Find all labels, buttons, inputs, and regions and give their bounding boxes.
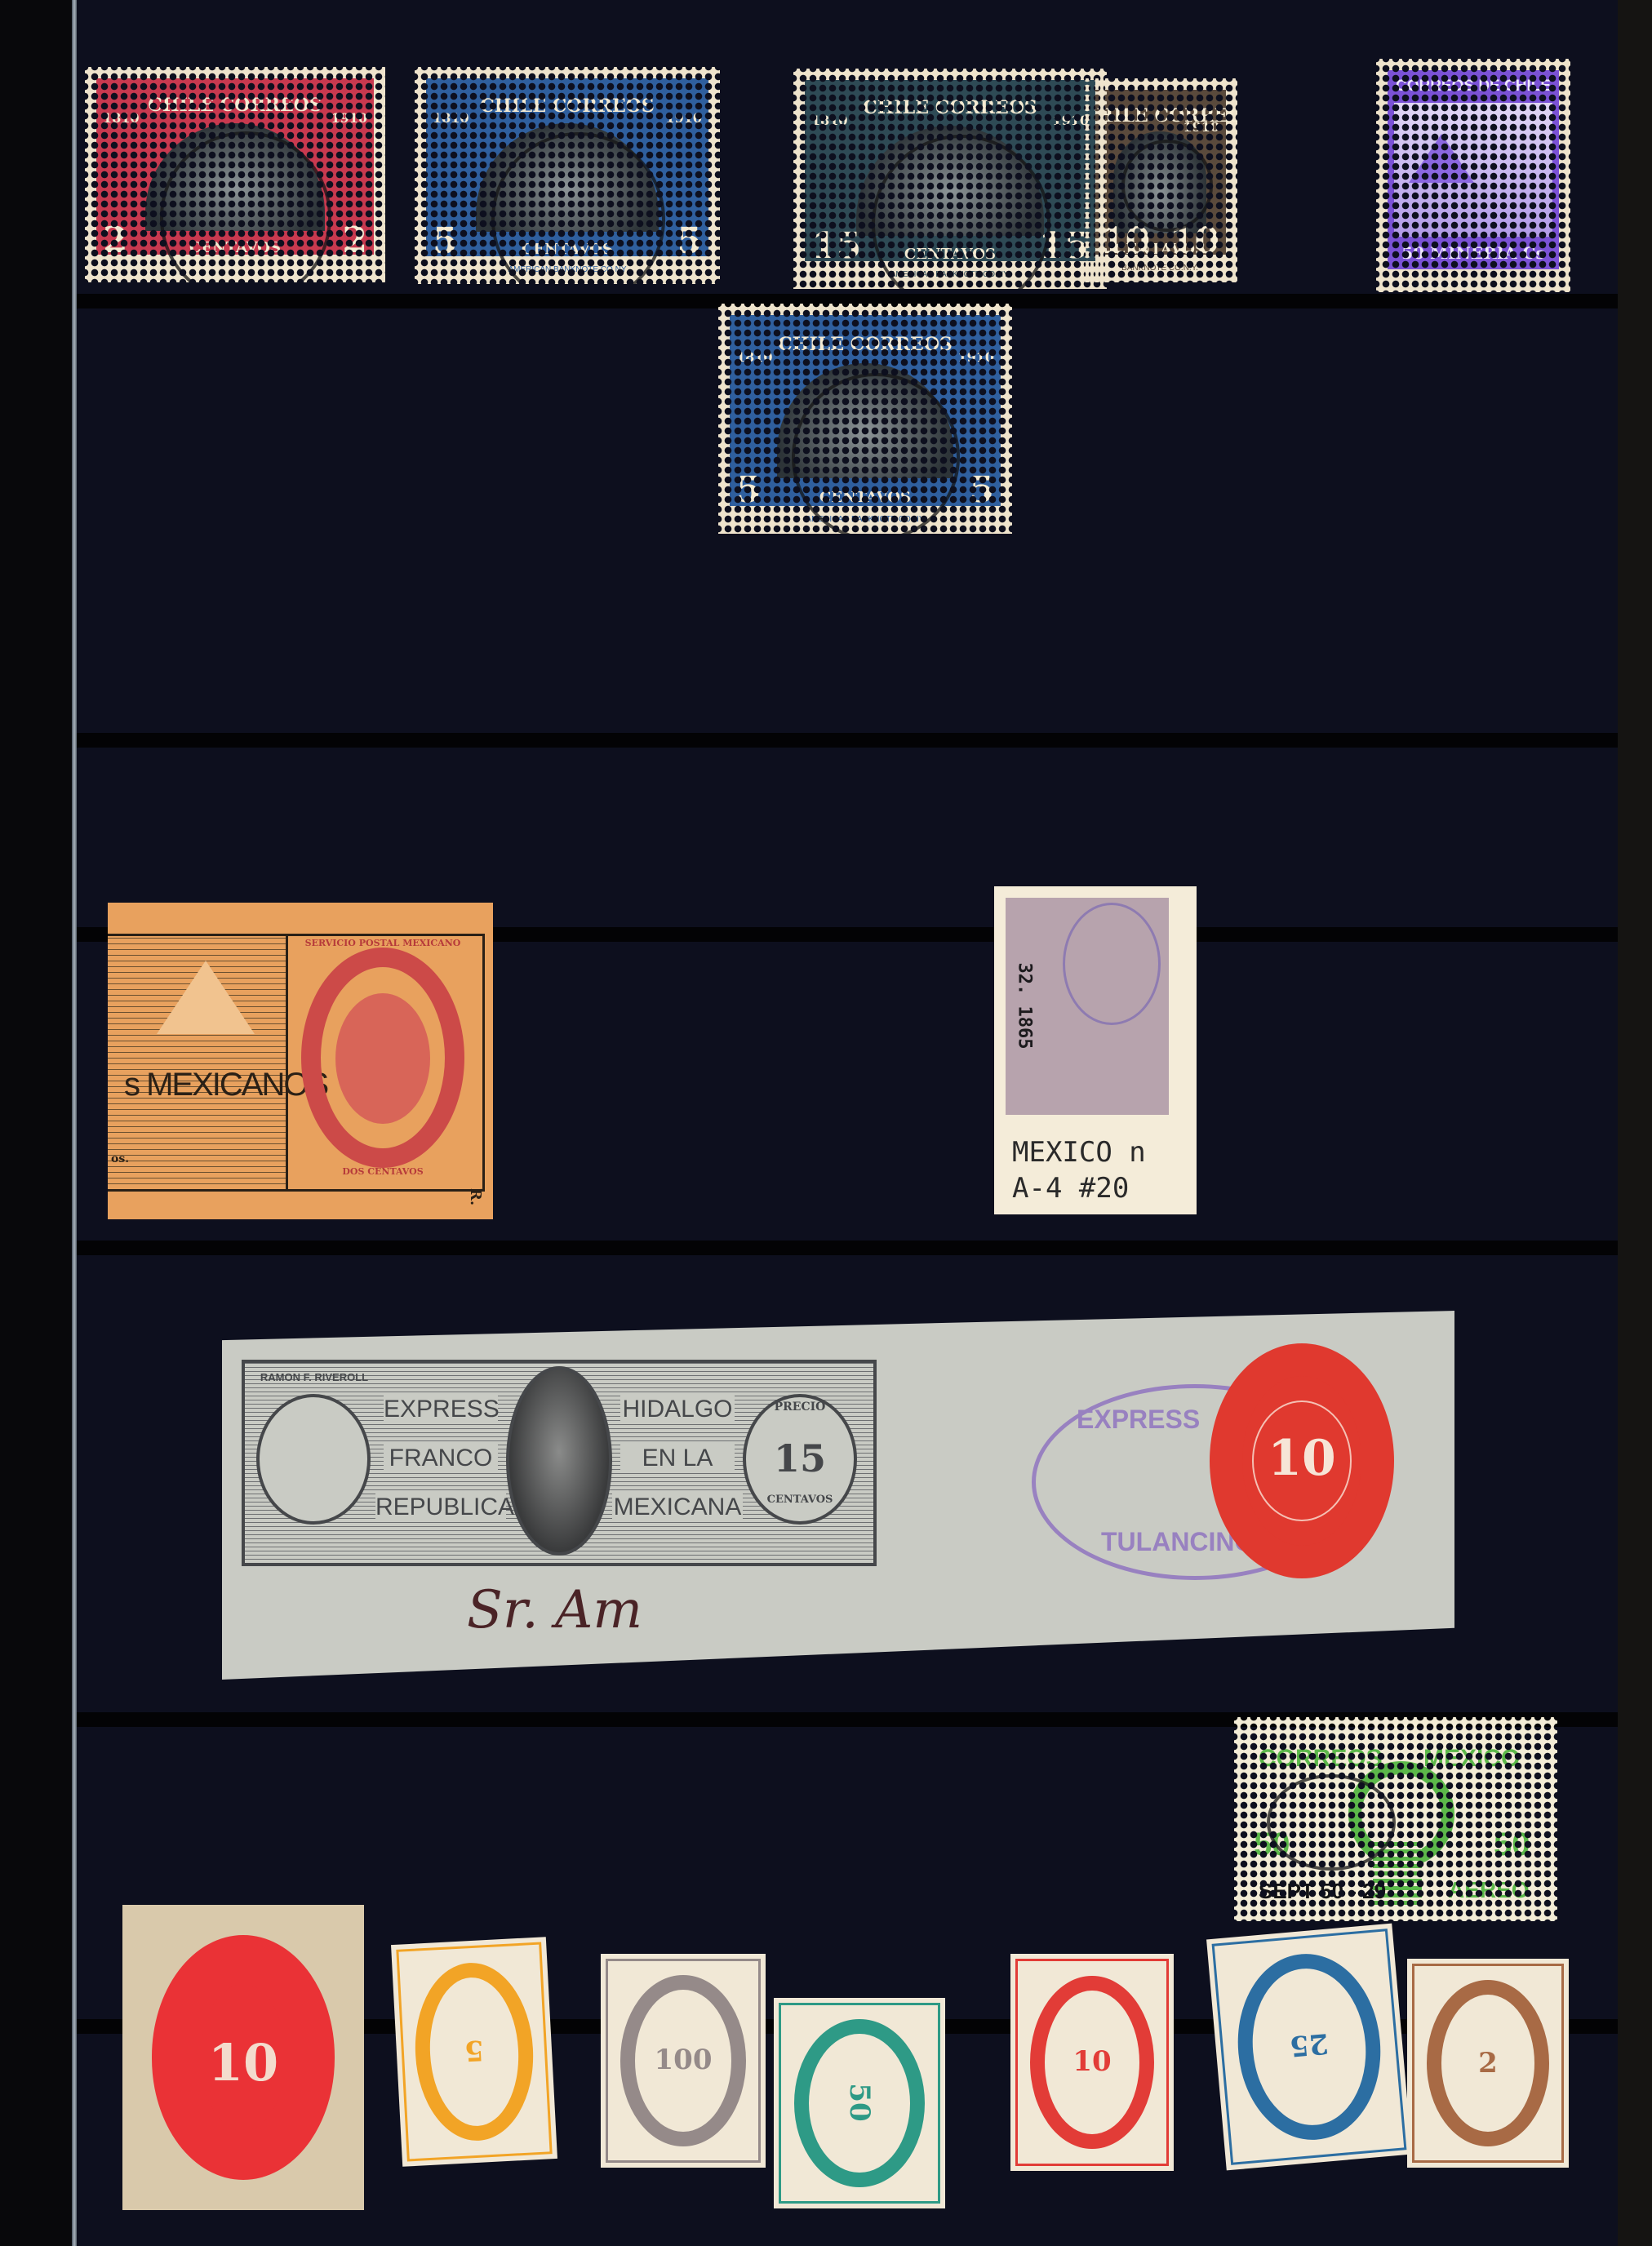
album-label-line2: A-4 #20 <box>1012 1172 1129 1205</box>
indicia-10-centavos: 10 <box>1210 1343 1394 1578</box>
hidalgo-portrait <box>506 1366 612 1556</box>
year-left: 1810 <box>433 110 469 126</box>
word-mexicana: MEXICANA <box>612 1494 743 1521</box>
airmail-right-word: MEXICO <box>1423 1745 1520 1773</box>
porte-de-mar-10[interactable]: 10 <box>122 1905 364 2210</box>
cover-cut-2-centavos[interactable]: s MEXICANOS os. SERVICIO POSTAL MEXICANO… <box>108 903 493 1219</box>
mexico-airmail-50-cents[interactable]: CORREOS MEXICO 50 50 AEREO SEPT 50 - 29 <box>1234 1717 1557 1921</box>
year-right: 1910 <box>1052 113 1089 128</box>
side-text: R. <box>467 1188 484 1205</box>
postmark-ring <box>160 131 331 303</box>
year-right: 1910 <box>665 110 702 126</box>
express-label: PRECIO 15 CENTAVOS RAMON F. RIVEROLL EXP… <box>242 1360 877 1566</box>
signature: Sr. Am <box>467 1580 642 1640</box>
express-cover-piece[interactable]: PRECIO 15 CENTAVOS RAMON F. RIVEROLL EXP… <box>222 1311 1454 1680</box>
postmark-ring <box>872 135 1050 313</box>
denomination: 2 <box>1407 2047 1569 2080</box>
chile-stamp-15-CENTAVOS[interactable]: CHILE CORREOS 1810 1910 15 15 CENTAVOS A… <box>793 69 1107 289</box>
caption: 50 MINERIA Cs <box>1388 237 1559 269</box>
word-republica: REPUBLICA <box>375 1494 506 1521</box>
chile-stamp-5-CENTAVOS[interactable]: CHILE CORREOS 1810 1910 5 5 CENTAVOS AME… <box>415 67 720 284</box>
porte-de-mar-2[interactable]: 2 <box>1407 1959 1569 2168</box>
indicia-value: 10 <box>1242 1430 1361 1487</box>
strip-gap <box>77 733 1618 748</box>
mounted-stamp-mexico-a4-20[interactable]: 32. 1865 MEXICO n A-4 #20 <box>994 886 1197 1214</box>
ad-footer: os. <box>111 1152 129 1165</box>
denomination: 10 <box>122 2033 364 2093</box>
denomination: 50 <box>843 2017 876 2188</box>
year-right: 1910 <box>1183 119 1219 135</box>
chile-stamp-5-centavos-row2[interactable]: CHILE CORREOS 1810 1910 5 5 CENTAVOS AME… <box>718 304 1012 534</box>
overprint-1865: 32. 1865 <box>1014 963 1034 1050</box>
indicia-legend: SERVICIO POSTAL MEXICANO <box>288 938 477 948</box>
word-express: EXPRESS <box>384 1396 498 1423</box>
stock-strip <box>77 748 1618 929</box>
word-en-la: EN LA <box>620 1445 735 1472</box>
airmail-left-word: CORREOS <box>1259 1745 1383 1773</box>
strip-gap <box>77 1241 1618 1255</box>
porte-de-mar-50[interactable]: 50 <box>774 1998 945 2208</box>
volcano-vignette: s MEXICANOS os. <box>108 934 288 1192</box>
country-name: CORREOS DE CHILE <box>1388 70 1559 103</box>
airmail-value-right: 50 <box>1494 1827 1530 1863</box>
year-left: 1810 <box>103 110 140 126</box>
album-label-line1: MEXICO n <box>1012 1136 1146 1169</box>
word-franco: FRANCO <box>384 1445 498 1472</box>
postmark-ring <box>491 132 666 307</box>
mountain-icon <box>1409 134 1474 183</box>
porte-de-mar-10[interactable]: 10 <box>1010 1954 1174 2171</box>
chile-stamp-50-Cs[interactable]: CORREOS DE CHILE 50 MINERIA Cs <box>1376 59 1570 292</box>
cachet-top: EXPRESS <box>1077 1405 1200 1435</box>
hidalgo-portrait <box>335 993 430 1124</box>
year-left: 1810 <box>736 349 773 365</box>
stamp-1865: 32. 1865 <box>1006 898 1169 1115</box>
word-hidalgo: HIDALGO <box>620 1396 735 1423</box>
denomination: 10 <box>1010 2045 1174 2078</box>
stamp-indicia: SERVICIO POSTAL MEXICANO DOS CENTAVOS <box>286 934 485 1192</box>
price-top: PRECIO <box>759 1400 841 1414</box>
left-circle <box>256 1394 371 1525</box>
porte-de-mar-25[interactable]: 25 <box>1206 1924 1412 2171</box>
album-right-border <box>1618 0 1652 2246</box>
chile-stamp-2-CENTAVOS[interactable]: CHILE CORREOS 1810 1910 2 2 CENTAVOS <box>85 67 385 282</box>
postmark-ring <box>1267 1774 1396 1871</box>
volcano-icon <box>157 961 255 1034</box>
album-binding <box>0 0 72 2246</box>
year-right: 1910 <box>957 349 994 365</box>
denomination: 100 <box>601 2044 766 2076</box>
postmark-ring <box>1121 140 1214 232</box>
year-left: 1810 <box>811 113 848 128</box>
left-circle-text: RAMON F. RIVEROLL <box>253 1371 375 1383</box>
postmark-ring <box>792 373 960 541</box>
price-value: 15 <box>759 1436 841 1480</box>
year-right: 1910 <box>331 110 367 126</box>
indicia-value-text: DOS CENTAVOS <box>288 1166 477 1177</box>
postmark <box>1063 903 1161 1025</box>
porte-de-mar-5[interactable]: 5 <box>391 1937 557 2167</box>
porte-de-mar-100[interactable]: 100 <box>601 1954 766 2168</box>
price-bottom: CENTAVOS <box>759 1494 841 1506</box>
postmark-date: SEPT 50 - 29 <box>1259 1879 1386 1904</box>
airmail-bottom: AEREO <box>1448 1877 1530 1903</box>
